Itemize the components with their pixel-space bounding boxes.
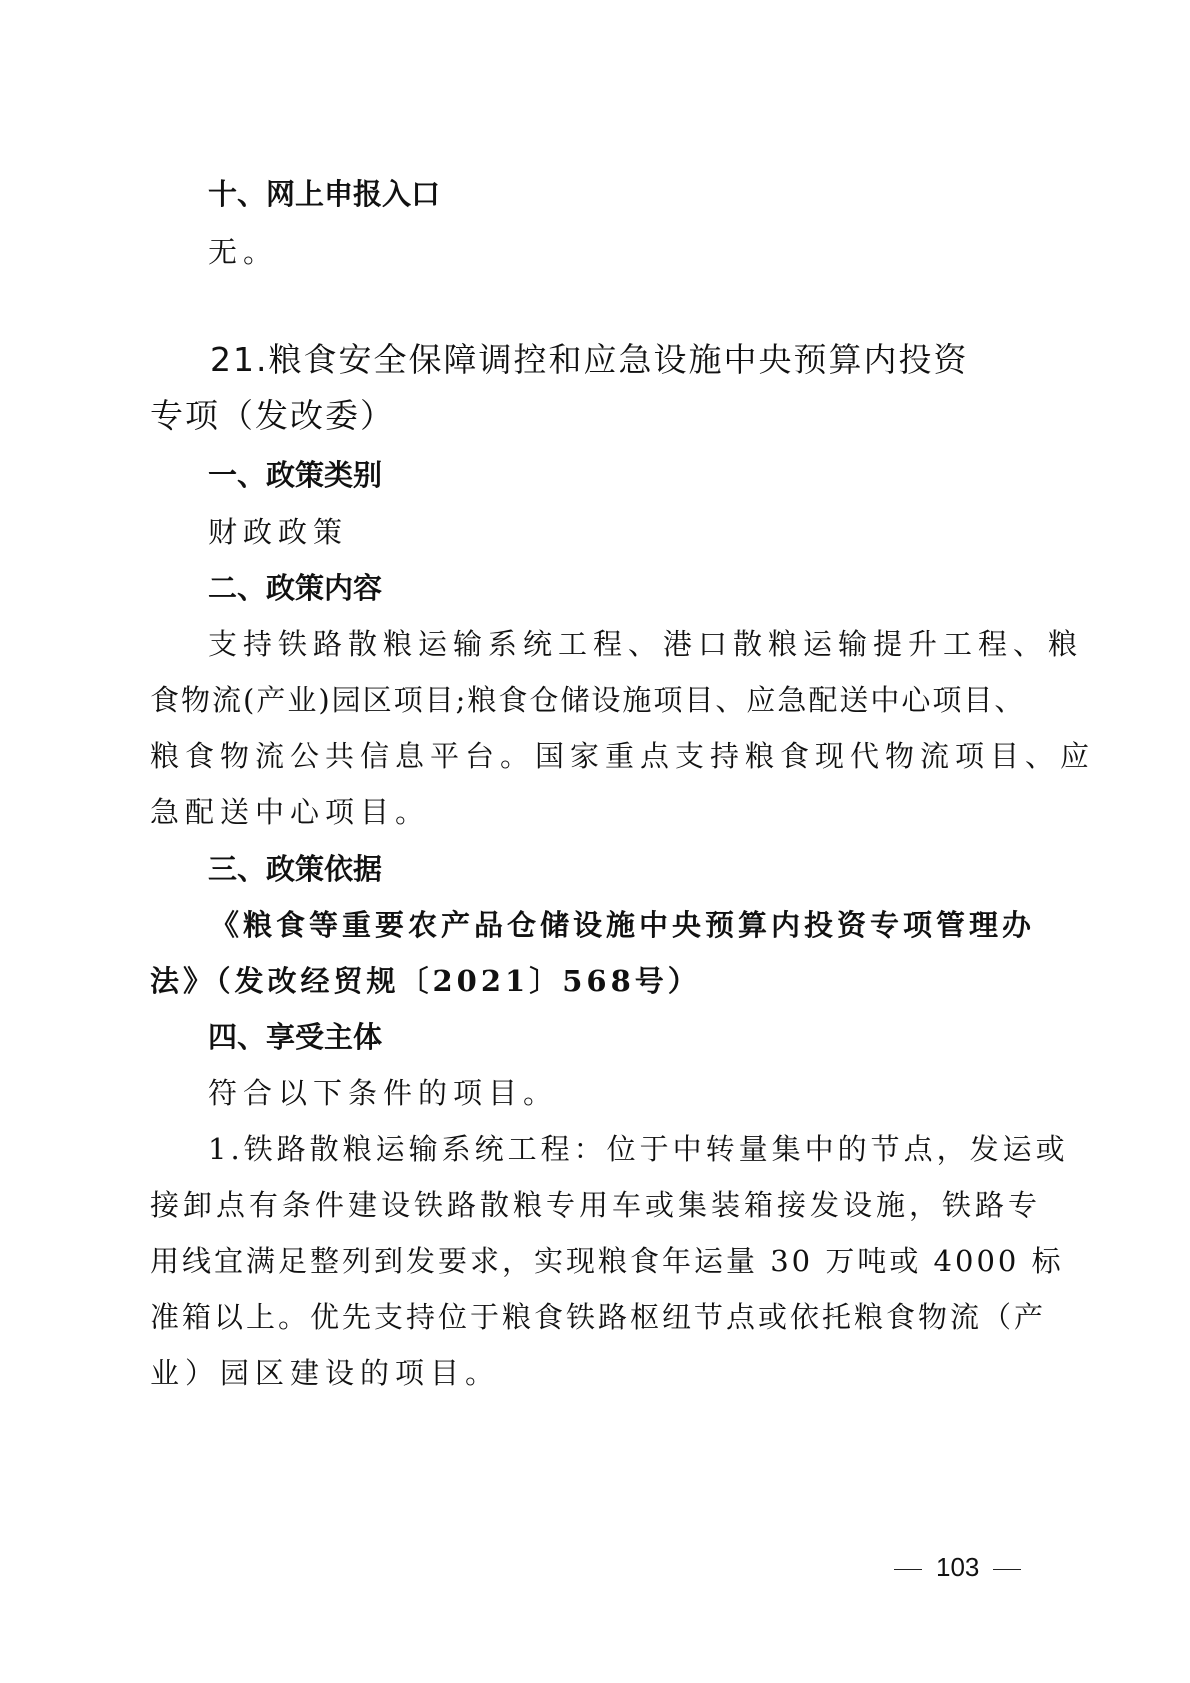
section-heading-policy-basis: 三、政策依据 <box>208 849 382 889</box>
policy-content-line: 急配送中心项目。 <box>150 792 430 832</box>
beneficiaries-intro: 符合以下条件的项目。 <box>208 1073 558 1113</box>
page-number: 103 <box>880 1552 1035 1583</box>
page-number-value: 103 <box>936 1552 979 1582</box>
section-heading-beneficiaries: 四、享受主体 <box>208 1017 382 1057</box>
page-dash-left <box>894 1569 922 1570</box>
policy-content-line: 粮食物流公共信息平台。国家重点支持粮食现代物流项目、应 <box>150 736 1095 776</box>
policy-content-line: 食物流(产业)园区项目;粮食仓储设施项目、应急配送中心项目、 <box>150 680 1025 720</box>
beneficiaries-line: 1.铁路散粮运输系统工程：位于中转量集中的节点，发运或 <box>208 1129 1069 1169</box>
section-text-online-entry: 无。 <box>208 232 278 272</box>
item-title-line2: 专项（发改委） <box>150 396 395 436</box>
policy-basis-line: 《粮食等重要农产品仓储设施中央预算内投资专项管理办 <box>210 905 1035 945</box>
section-text-policy-category: 财政政策 <box>208 512 348 552</box>
policy-content-line: 支持铁路散粮运输系统工程、港口散粮运输提升工程、粮 <box>208 624 1083 664</box>
page-dash-right <box>993 1569 1021 1570</box>
beneficiaries-line: 用线宜满足整列到发要求，实现粮食年运量 30 万吨或 4000 标 <box>150 1241 1064 1281</box>
section-heading-policy-content: 二、政策内容 <box>208 568 382 608</box>
beneficiaries-line: 准箱以上。优先支持位于粮食铁路枢纽节点或依托粮食物流（产 <box>150 1297 1046 1337</box>
section-heading-online-entry: 十、网上申报入口 <box>208 174 440 214</box>
section-heading-policy-category: 一、政策类别 <box>208 455 382 495</box>
item-title-line1: 21.粮食安全保障调控和应急设施中央预算内投资 <box>210 340 968 380</box>
beneficiaries-line: 业）园区建设的项目。 <box>150 1353 500 1393</box>
beneficiaries-line: 接卸点有条件建设铁路散粮专用车或集装箱接发设施，铁路专 <box>150 1185 1041 1225</box>
policy-basis-line: 法》（发改经贸规〔2021〕568号） <box>150 961 701 1001</box>
